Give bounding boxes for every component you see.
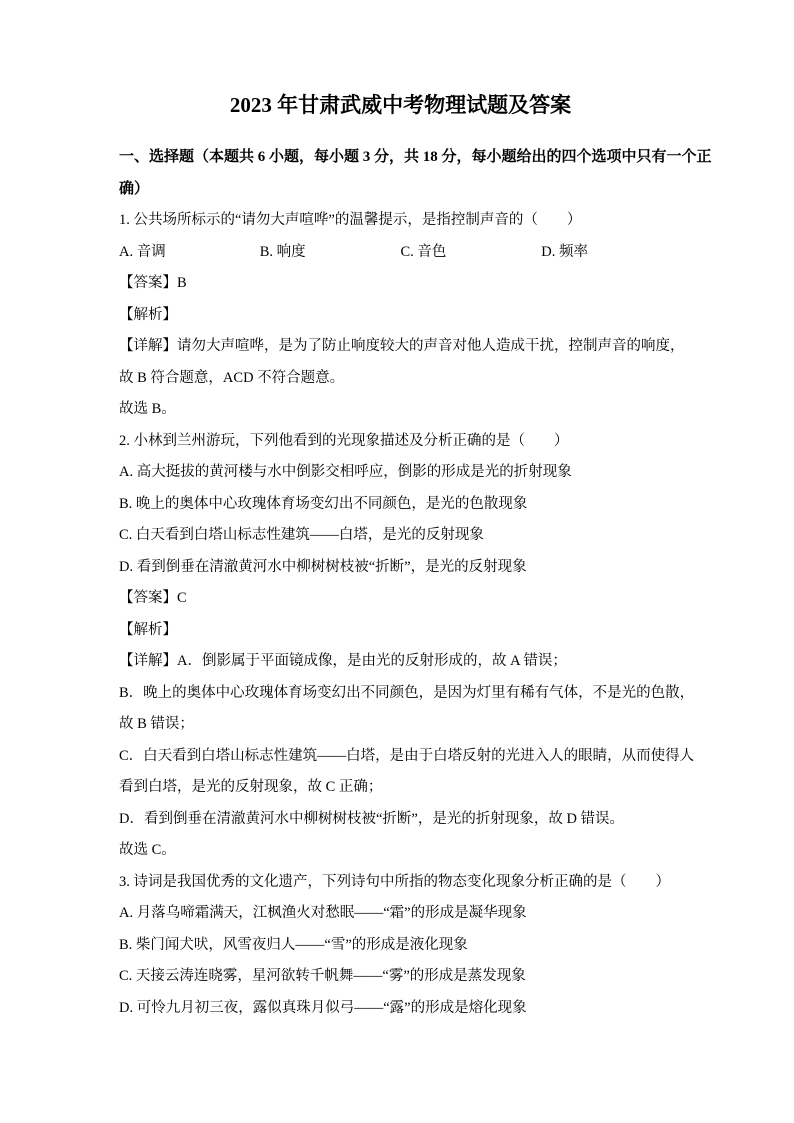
- question-2-detail-line: B．晚上的奥体中心玫瑰体育场变幻出不同颜色，是因为灯里有稀有气体，不是光的色散，: [119, 678, 682, 710]
- question-2-option-d: D. 看到倒垂在清澈黄河水中柳树树枝被“折断”，是光的反射现象: [119, 552, 682, 584]
- question-2-stem: 2. 小林到兰州游玩，下列他看到的光现象描述及分析正确的是（ ）: [119, 426, 682, 458]
- question-2-answer: 【答案】C: [119, 583, 682, 615]
- question-3-option-c: C. 天接云涛连晓雾，星河欲转千帆舞——“雾”的形成是蒸发现象: [119, 961, 682, 993]
- question-1-options-row: A. 音调 B. 响度 C. 音色 D. 频率: [119, 237, 682, 269]
- question-3-option-b: B. 柴门闻犬吠，风雪夜归人——“雪”的形成是液化现象: [119, 930, 682, 962]
- question-3-option-a: A. 月落乌啼霜满天，江枫渔火对愁眠——“霜”的形成是凝华现象: [119, 898, 682, 930]
- question-1-stem: 1. 公共场所标示的“请勿大声喧哗”的温馨提示，是指控制声音的（ ）: [119, 205, 682, 237]
- question-2-detail-line: D．看到倒垂在清澈黄河水中柳树树枝被“折断”，是光的折射现象，故 D 错误。: [119, 804, 682, 836]
- question-2-option-b: B. 晚上的奥体中心玫瑰体育场变幻出不同颜色，是光的色散现象: [119, 489, 682, 521]
- question-1-option-a: A. 音调: [119, 237, 260, 269]
- question-2-detail-line: 故 B 错误；: [119, 709, 682, 741]
- question-3: 3. 诗词是我国优秀的文化遗产，下列诗句中所指的物态变化现象分析正确的是（ ） …: [119, 867, 682, 1025]
- question-2-analysis-label: 【解析】: [119, 615, 682, 647]
- question-2-detail-line: C．白天看到白塔山标志性建筑——白塔，是由于白塔反射的光进入人的眼睛，从而使得人: [119, 741, 682, 773]
- question-2-detail-line: 看到白塔，是光的反射现象，故 C 正确；: [119, 772, 682, 804]
- question-1-analysis-label: 【解析】: [119, 300, 682, 332]
- question-2: 2. 小林到兰州游玩，下列他看到的光现象描述及分析正确的是（ ） A. 高大挺拔…: [119, 426, 682, 867]
- section-heading-line-1: 一、选择题（本题共 6 小题，每小题 3 分，共 18 分，每小题给出的四个选项…: [119, 142, 682, 174]
- page-title: 2023 年甘肃武威中考物理试题及答案: [119, 85, 682, 125]
- question-1-detail-line: 故选 B。: [119, 394, 682, 426]
- exam-document-page: 2023 年甘肃武威中考物理试题及答案 一、选择题（本题共 6 小题，每小题 3…: [0, 0, 794, 1123]
- question-1-detail-line: 故 B 符合题意，ACD 不符合题意。: [119, 363, 682, 395]
- question-3-option-d: D. 可怜九月初三夜，露似真珠月似弓——“露”的形成是熔化现象: [119, 993, 682, 1025]
- question-1-option-c: C. 音色: [401, 237, 542, 269]
- question-1-option-d: D. 频率: [541, 237, 682, 269]
- section-heading-line-2: 确）: [119, 174, 682, 206]
- question-1-option-b: B. 响度: [260, 237, 401, 269]
- question-2-detail-line: 【详解】A．倒影属于平面镜成像，是由光的反射形成的，故 A 错误；: [119, 646, 682, 678]
- question-2-option-c: C. 白天看到白塔山标志性建筑——白塔，是光的反射现象: [119, 520, 682, 552]
- question-2-detail-line: 故选 C。: [119, 835, 682, 867]
- question-1: 1. 公共场所标示的“请勿大声喧哗”的温馨提示，是指控制声音的（ ） A. 音调…: [119, 205, 682, 426]
- question-1-detail-line: 【详解】请勿大声喧哗，是为了防止响度较大的声音对他人造成干扰，控制声音的响度，: [119, 331, 682, 363]
- question-2-option-a: A. 高大挺拔的黄河楼与水中倒影交相呼应，倒影的形成是光的折射现象: [119, 457, 682, 489]
- question-1-answer: 【答案】B: [119, 268, 682, 300]
- question-3-stem: 3. 诗词是我国优秀的文化遗产，下列诗句中所指的物态变化现象分析正确的是（ ）: [119, 867, 682, 899]
